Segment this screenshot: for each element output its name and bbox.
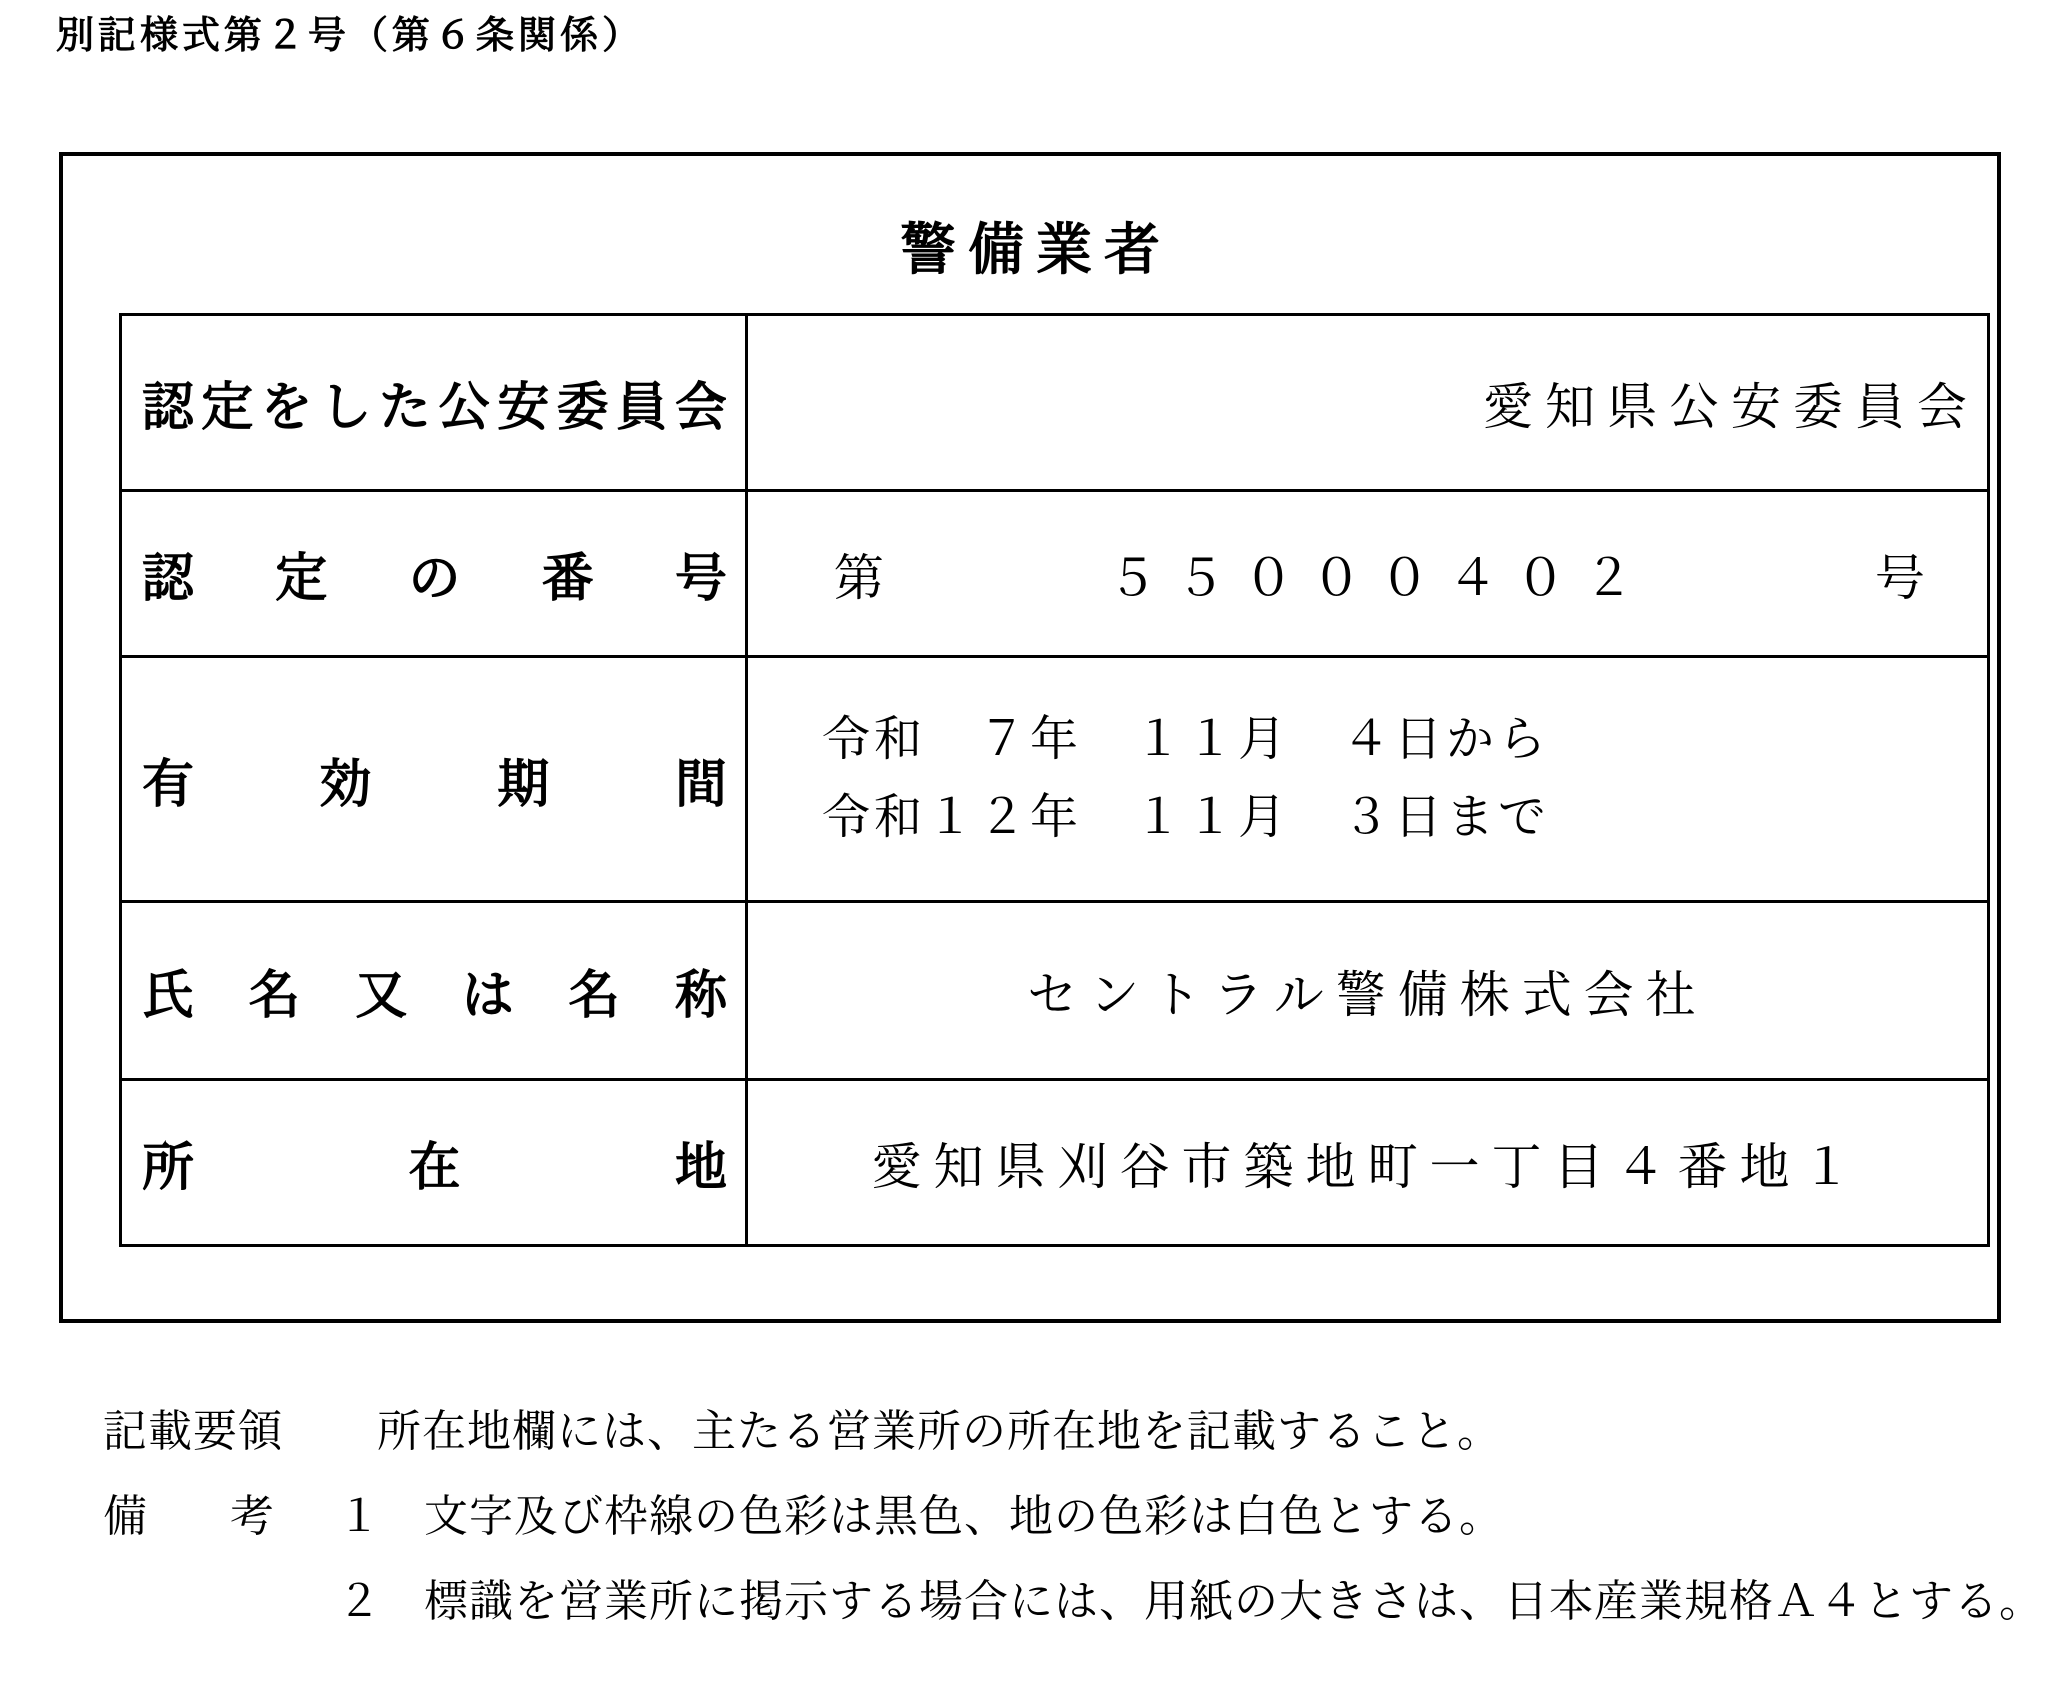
note-term: 備 考 (103, 1487, 275, 1547)
row-value-validity-period: 令和 ７年 １１月 ４日から 令和１２年 １１月 ３日まで (748, 658, 1987, 900)
note-biko-1: 備 考 １ 文字及び枠線の色彩は黒色、地の色彩は白色とする。 (103, 1487, 2044, 1547)
validity-end-date: 令和１２年 １１月 ３日まで (822, 779, 1550, 857)
table-row-certification-number: 認定の番号 第 ５５０００４０２ 号 (122, 489, 1987, 655)
row-label-name: 氏名又は名称 (122, 903, 748, 1078)
note-term-last: 考 (230, 1487, 275, 1547)
row-value-address: 愛知県刈谷市築地町一丁目４番地１ (748, 1081, 1987, 1244)
number-suffix: 号 (1875, 538, 1925, 610)
table-row-name: 氏名又は名称 セントラル警備株式会社 (122, 900, 1987, 1078)
table-row-address: 所在地 愛知県刈谷市築地町一丁目４番地１ (122, 1078, 1987, 1244)
notes-section: 記載要領 所在地欄には、主たる営業所の所在地を記載すること。 備 考 １ 文字及… (103, 1402, 2044, 1657)
row-label-text: 氏名又は名称 (122, 953, 745, 1028)
table-row-validity-period: 有効期間 令和 ７年 １１月 ４日から 令和１２年 １１月 ３日まで (122, 655, 1987, 900)
certification-table: 認定をした公安委員会 愛知県公安委員会 認定の番号 第 ５５０００４０２ 号 有… (119, 313, 1990, 1247)
row-value-name: セントラル警備株式会社 (748, 903, 1987, 1078)
row-label-certifying-commission: 認定をした公安委員会 (122, 316, 748, 489)
sign-border-box: 警備業者 認定をした公安委員会 愛知県公安委員会 認定の番号 第 ５５０００４０… (59, 152, 2001, 1323)
form-number-label: 別記様式第２号（第６条関係） (56, 12, 644, 60)
note-kisaiyoryo: 記載要領 所在地欄には、主たる営業所の所在地を記載すること。 (103, 1402, 2044, 1462)
note-biko-2: ２ 標識を営業所に掲示する場合には、用紙の大きさは、日本産業規格Ａ４とする。 (103, 1572, 2044, 1632)
row-label-text: 認定の番号 (122, 536, 745, 611)
row-label-address: 所在地 (122, 1081, 748, 1244)
number-prefix: 第 (834, 538, 884, 610)
document-page: 別記様式第２号（第６条関係） 警備業者 認定をした公安委員会 愛知県公安委員会 … (0, 0, 2049, 1708)
note-number: １ (337, 1487, 381, 1547)
row-label-text: 認定をした公安委員会 (122, 365, 745, 440)
validity-start-date: 令和 ７年 １１月 ４日から (822, 701, 1550, 779)
row-value-certifying-commission: 愛知県公安委員会 (748, 316, 1987, 489)
note-text: 文字及び枠線の色彩は黒色、地の色彩は白色とする。 (424, 1487, 1504, 1547)
table-row-certifying-commission: 認定をした公安委員会 愛知県公安委員会 (122, 316, 1987, 489)
row-value-certification-number: 第 ５５０００４０２ 号 (748, 492, 1987, 655)
row-label-text: 有効期間 (122, 742, 745, 817)
note-term: 記載要領 (103, 1402, 275, 1462)
row-label-certification-number: 認定の番号 (122, 492, 748, 655)
sign-title: 警備業者 (63, 206, 1997, 286)
row-label-text: 所在地 (122, 1125, 745, 1200)
note-term-first: 備 (103, 1487, 148, 1547)
row-label-validity-period: 有効期間 (122, 658, 748, 900)
certification-number: ５５０００４０２ (1108, 538, 1652, 610)
note-text: 標識を営業所に掲示する場合には、用紙の大きさは、日本産業規格Ａ４とする。 (424, 1572, 2044, 1632)
note-text: 所在地欄には、主たる営業所の所在地を記載すること。 (377, 1402, 1502, 1462)
note-number: ２ (337, 1572, 381, 1632)
